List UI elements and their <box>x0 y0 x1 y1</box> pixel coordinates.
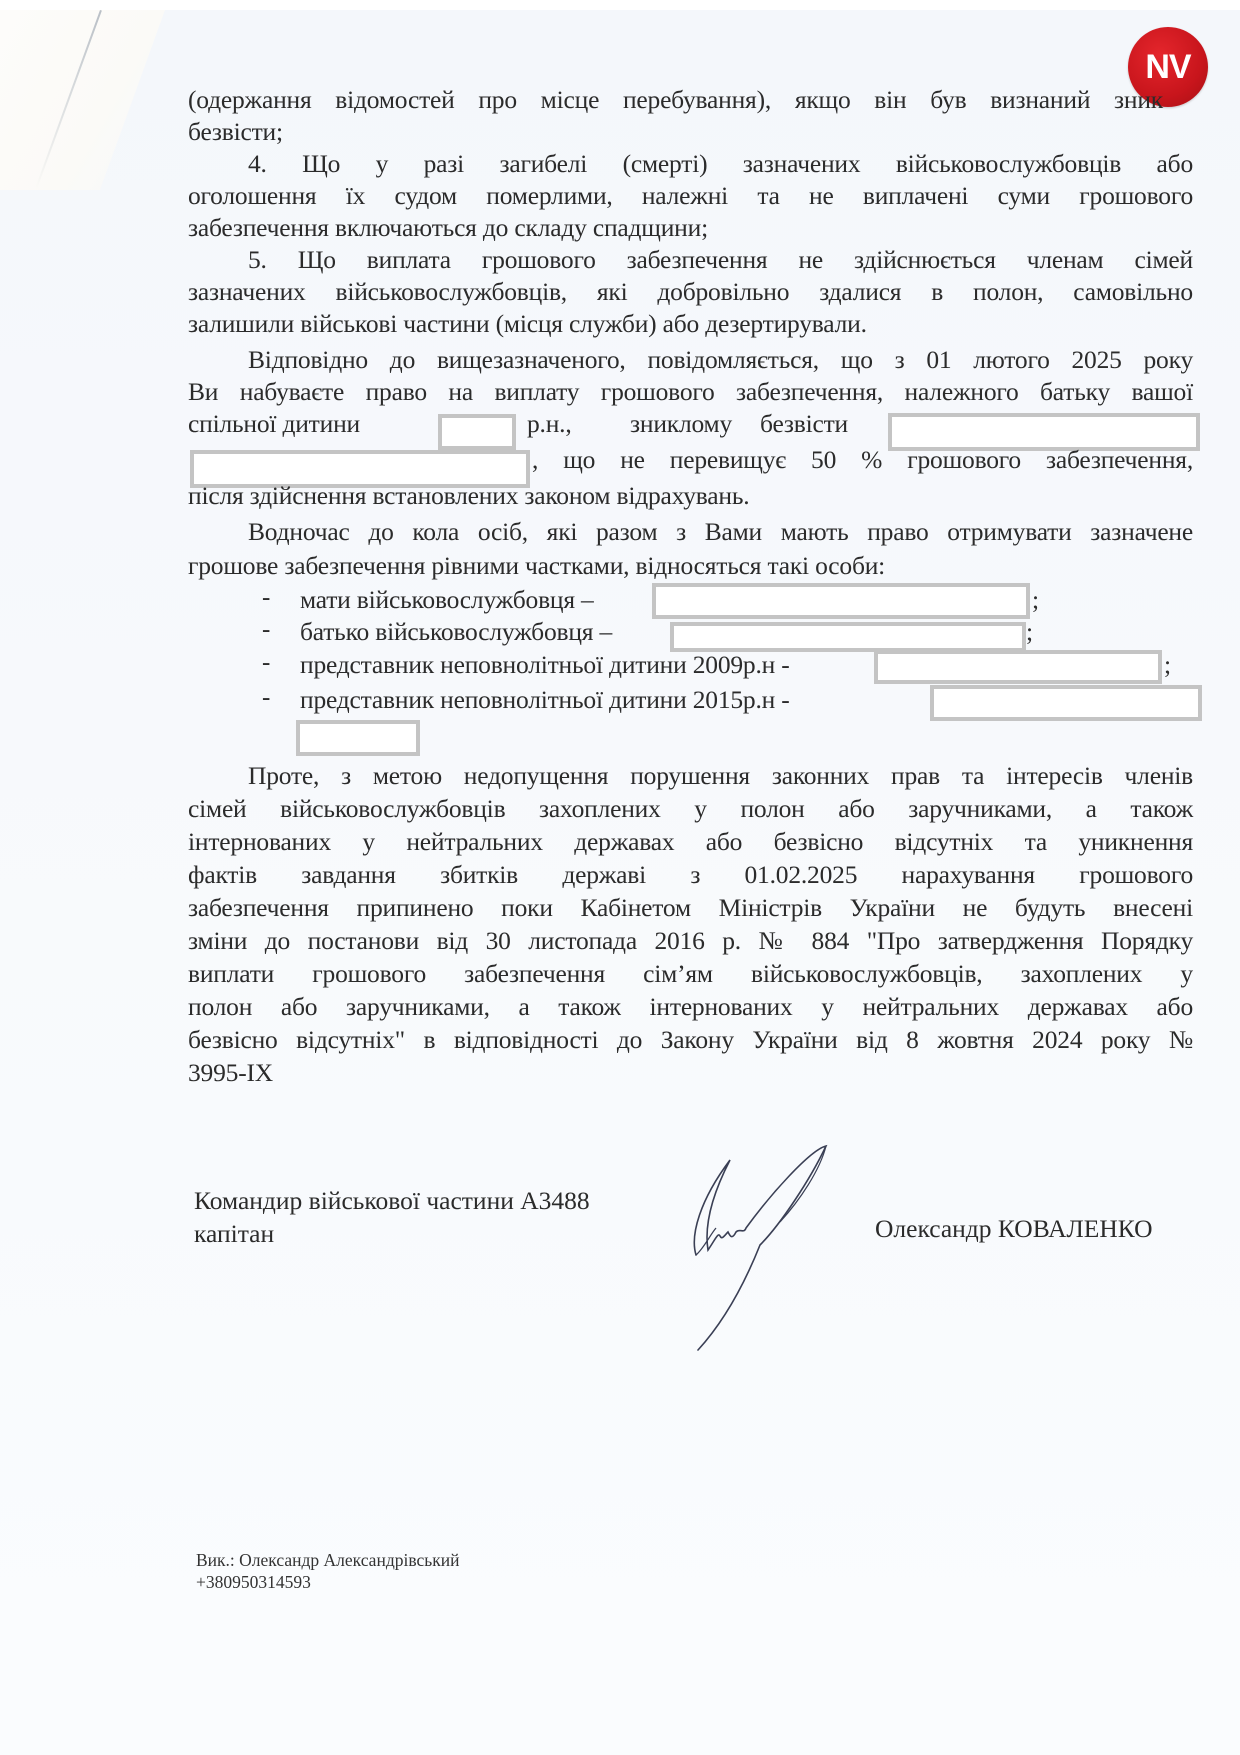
signatory-name: Олександр КОВАЛЕНКО <box>875 1213 1153 1245</box>
letter-line: спільної дитини <box>188 408 360 440</box>
signatory-rank: капітан <box>194 1218 274 1250</box>
list-item-label: представник неповнолітньої дитини 2009р.… <box>300 649 790 681</box>
executor-phone: +380950314593 <box>196 1572 311 1593</box>
letter-line: полон або заручниками, а також інтернова… <box>188 991 1193 1023</box>
executor-name: Вик.: Олександр Александрівський <box>196 1550 459 1571</box>
signatory-position: Командир військової частини А3488 <box>194 1185 590 1217</box>
letter-line: залишили військові частини (місця служби… <box>188 308 1193 340</box>
list-item-end: ; <box>1032 584 1039 616</box>
letter-line: безвісти <box>760 408 848 440</box>
letter-line: (одержання відомостей про місце перебува… <box>188 84 1163 116</box>
letter-line: 3995-IX <box>188 1057 1193 1089</box>
letter-line: зміни до постанови від 30 листопада 2016… <box>188 925 1193 957</box>
letter-line: Проте, з метою недопущення порушення зак… <box>188 760 1193 792</box>
list-dash: - <box>262 616 270 644</box>
redacted-mother-name <box>652 583 1030 619</box>
letter-line: зниклому <box>630 408 732 440</box>
nv-logo-text: NV <box>1145 48 1190 87</box>
list-item-label: представник неповнолітньої дитини 2015р.… <box>300 684 790 716</box>
letter-line: після здійснення встановлених законом ві… <box>188 480 1193 512</box>
redacted-birth-year <box>438 414 516 450</box>
letter-line: оголошення їх судом померлими, належні т… <box>188 180 1193 212</box>
letter-line: 5. Що виплата грошового забезпечення не … <box>188 244 1193 276</box>
list-item-label: батько військовослужбовця – <box>300 616 612 648</box>
letter-line: інтернованих у нейтральних державах або … <box>188 826 1193 858</box>
letter-line: забезпечення припинено поки Кабінетом Мі… <box>188 892 1193 924</box>
redacted-representative-2009 <box>874 650 1162 684</box>
letter-line: безвісно відсутніх" в відповідності до З… <box>188 1024 1193 1056</box>
letter-line: сімей військовослужбовців захоплених у п… <box>188 793 1193 825</box>
redacted-representative-2015-cont <box>296 720 420 756</box>
letter-line: р.н., <box>527 408 572 440</box>
list-item-label: мати військовослужбовця – <box>300 584 594 616</box>
list-dash: - <box>262 684 270 712</box>
letter-line: фактів завдання збитків державі з 01.02.… <box>188 859 1193 891</box>
list-dash: - <box>262 584 270 612</box>
letter-line: зазначених військовослужбовців, які добр… <box>188 276 1193 308</box>
letter-line: Ви набуваєте право на виплату грошового … <box>188 376 1193 408</box>
letter-line: Відповідно до вищезазначеного, повідомля… <box>188 344 1193 376</box>
letter-line: виплати грошового забезпечення сім’ям ві… <box>188 958 1193 990</box>
handwritten-signature <box>660 1140 880 1360</box>
letter-line: Водночас до кола осіб, які разом з Вами … <box>188 516 1193 548</box>
list-item-end: ; <box>1026 616 1033 648</box>
letter-line: безвісти; <box>188 116 1193 148</box>
letter-line: грошове забезпечення рівними частками, в… <box>188 550 1193 582</box>
letter-line: забезпечення включаються до складу спадщ… <box>188 212 1193 244</box>
redacted-representative-2015 <box>930 685 1202 721</box>
list-dash: - <box>262 649 270 677</box>
redacted-father-name <box>670 622 1026 652</box>
letter-line: 4. Що у разі загибелі (смерті) зазначени… <box>188 148 1193 180</box>
list-item-end: ; <box>1164 649 1171 681</box>
letter-line: , що не перевищує 50 % грошового забезпе… <box>532 444 1193 476</box>
